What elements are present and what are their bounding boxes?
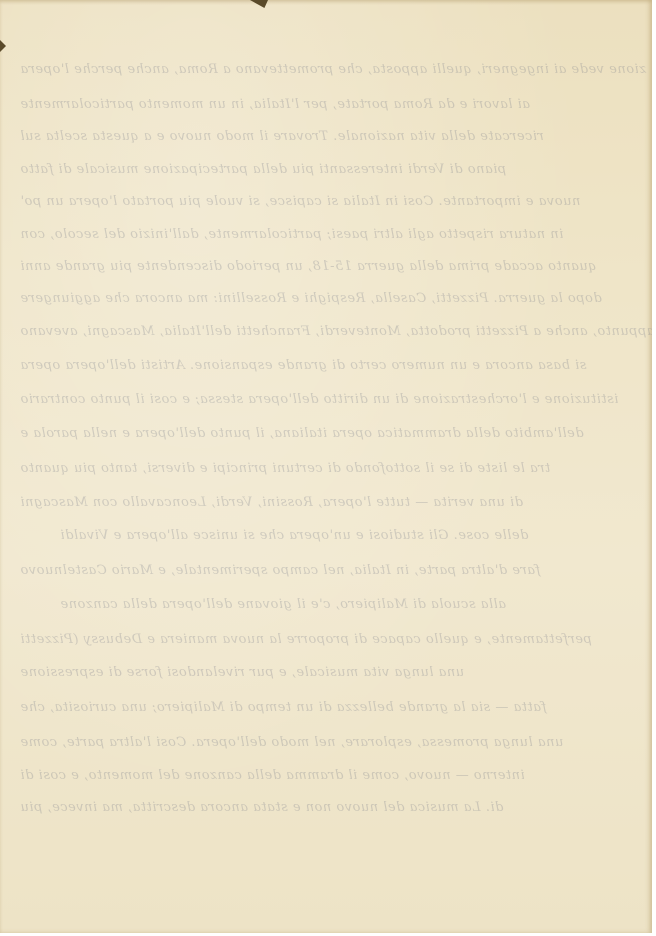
- bleed-through-line: fare d'altra parte, in Italia, nel campo…: [20, 563, 540, 578]
- bleed-through-line: delle cose. Gli studiosi e un'opera che …: [60, 528, 528, 543]
- bleed-through-line: una lunga promessa, esplorare, nel modo …: [20, 735, 563, 750]
- bleed-through-line: fatta — sia la grande bellezza di un tem…: [20, 700, 546, 715]
- bleed-through-line: nuova e importante. Cosi in Italia si ca…: [20, 194, 580, 209]
- bleed-through-handwriting: zione vede ai ingegneri, quelli apposta,…: [20, 0, 640, 933]
- bleed-through-line: quanto accade prima della guerra 15-18, …: [20, 259, 597, 274]
- bleed-through-line: zione vede ai ingegneri, quelli apposta,…: [20, 62, 646, 77]
- bleed-through-line: piano di Verdi interessanti piu della pa…: [20, 162, 506, 177]
- bleed-through-line: appunto, anche a Pizzetti prodotta, Mont…: [20, 324, 652, 339]
- scanned-paper-page: zione vede ai ingegneri, quelli apposta,…: [0, 0, 652, 933]
- edge-mark: [0, 40, 6, 52]
- bleed-through-line: interno — nuovo, come il dramma della ca…: [20, 768, 525, 783]
- bleed-through-line: di. La musica del nuovo non e stata anco…: [20, 800, 503, 815]
- bleed-through-line: in natura rispetto agli altri paesi; par…: [20, 227, 563, 242]
- bleed-through-line: alla scuola di Malipiero, c'e il giovane…: [60, 597, 506, 612]
- bleed-through-line: istituzione e l'orchestrazione di un dir…: [20, 392, 618, 407]
- bleed-through-line: tra le liste di se il sottofondo di cert…: [20, 461, 550, 476]
- bleed-through-line: dopo la guerra. Pizzetti, Casella, Respi…: [20, 291, 602, 306]
- bleed-through-line: dell'ambito della drammatica opera itali…: [20, 426, 584, 441]
- bleed-through-line: perfettamente, e quello capace di propor…: [20, 632, 592, 647]
- bleed-through-line: una lunga vita musicale, e pur rivelando…: [20, 665, 464, 680]
- bleed-through-line: si basa ancora e un numero certo di gran…: [20, 358, 586, 373]
- bleed-through-line: ai lavori e da Roma portate, per l'Itali…: [20, 97, 530, 112]
- bleed-through-line: ricercate della vita nazionale. Trovare …: [20, 129, 544, 144]
- bleed-through-line: di una verita — tutte l'opera, Rossini, …: [20, 495, 523, 510]
